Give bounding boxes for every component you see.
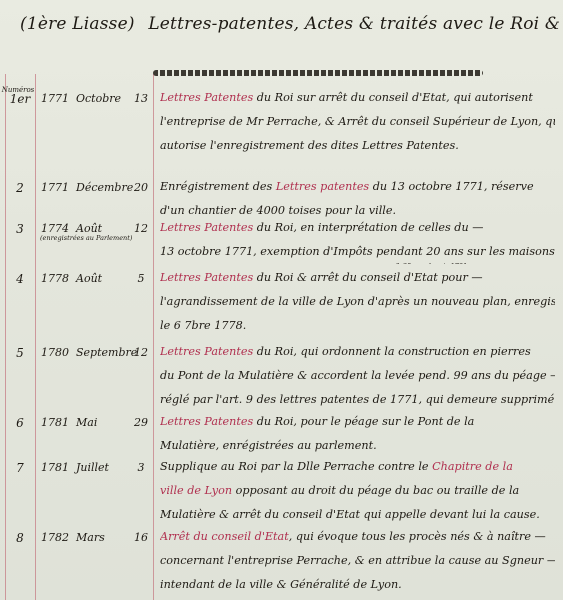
line-text: intendant de la ville & Généralité de Ly… [160,578,402,591]
entry-line: concernant l'entreprise Perrache, & en a… [160,549,555,573]
entry-month-note: (enregistrées au Parlement) [40,234,132,242]
entry-number: 8 [8,531,32,545]
entry-day: 3 [131,461,151,474]
entry-number: 6 [8,416,32,430]
margin-rule-left [5,74,6,600]
entry-line: Enrégistrement des Lettres patentes du 1… [160,175,555,199]
line-text: du 13 octobre 1771, réserve [369,180,533,193]
entry-text: Lettres Patentes du Roi, en interprétati… [160,216,555,264]
date-column-rule [153,74,154,600]
entry-line: Supplique au Roi par la Dlle Perrache co… [160,455,555,479]
entry-line: autorise l'enregistrement des dites Lett… [160,134,555,158]
entry-year: 1782 [41,531,69,544]
register-page: (1ère Liasse) Lettres-patentes, Actes & … [0,0,563,600]
entry-month: Août [76,272,102,285]
entry-year: 1781 [41,461,69,474]
entry-line: Lettres Patentes du Roi, pour le péage s… [160,410,555,434]
entry-line: du Pont de la Mulatière & accordent la l… [160,364,555,388]
red-ink-heading: Lettres Patentes [160,415,253,428]
entry-text: Lettres Patentes du Roi & arrêt du conse… [160,266,555,338]
entry-month: Juillet [76,461,109,474]
entry-line: Mulatière & arrêt du conseil d'Etat qui … [160,503,555,527]
line-text: Supplique au Roi par la Dlle Perrache co… [160,460,432,473]
entry-text: Lettres Patentes du Roi, qui ordonnent l… [160,340,555,412]
entry-year: 1781 [41,416,69,429]
red-ink-heading: Lettres Patentes [160,91,253,104]
entry-line: Lettres Patentes du Roi & arrêt du conse… [160,266,555,290]
entry-line: Lettres Patentes du Roi sur arrêt du con… [160,86,555,110]
entry-year: 1778 [41,272,69,285]
red-ink-heading: Arrêt du conseil d'Etat [160,530,289,543]
entry-text: Lettres Patentes du Roi sur arrêt du con… [160,86,555,158]
entry-number: 2 [8,181,32,195]
title-flourish-divider [153,70,483,76]
liasse-reference: (1ère Liasse) [20,14,135,34]
line-text: opposant au droit du péage du bac ou tra… [232,484,519,497]
line-text: du Roi sur arrêt du conseil d'Etat, qui … [253,91,533,104]
entry-line: réglé par l'art. 9 des lettres patentes … [160,388,555,412]
entry-line: Lettres Patentes du Roi, en interprétati… [160,216,555,240]
entry-line: 13 octobre 1771, exemption d'Impôts pend… [160,240,555,264]
line-text: , qui évoque tous les procès nés & à naî… [289,530,546,543]
entry-line: l'entreprise de Mr Perrache, & Arrêt du … [160,110,555,134]
line-text: Mulatière, enrégistrées au parlement. [160,439,377,452]
line-text: du Roi, en interprétation de celles du — [253,221,483,234]
entry-day: 5 [131,272,151,285]
entry-day: 29 [131,416,151,429]
entry-day: 16 [131,531,151,544]
title-text: Lettres-patentes, Actes & traités avec l… [148,14,563,34]
line-text: Enrégistrement des [160,180,276,193]
red-ink-heading: Lettres Patentes [160,221,253,234]
numbers-column-rule [35,74,36,600]
entry-line: intendant de la ville & Généralité de Ly… [160,573,555,597]
entry-line: le 6 7bre 1778. [160,314,555,338]
entry-line: l'agrandissement de la ville de Lyon d'a… [160,290,555,314]
entry-number: 3 [8,222,32,236]
entry-number: 4 [8,272,32,286]
line-text: l'entreprise de Mr Perrache, & Arrêt du … [160,115,555,128]
entry-line: Lettres Patentes du Roi, qui ordonnent l… [160,340,555,364]
interlinear-note: & 25 ans depuis 1791. [395,254,469,264]
entry-text: Arrêt du conseil d'Etat, qui évoque tous… [160,525,555,597]
entry-year: 1780 [41,346,69,359]
line-text: du Pont de la Mulatière & accordent la l… [160,369,555,382]
entry-year: 1771 [41,92,69,105]
entry-number: 5 [8,346,32,360]
entry-month: Mai [76,416,97,429]
line-text: autorise l'enregistrement des dites Lett… [160,139,459,152]
entry-text: Supplique au Roi par la Dlle Perrache co… [160,455,555,527]
red-ink-heading: Chapitre de la [432,460,513,473]
entry-number: 7 [8,461,32,475]
entry-day: 12 [131,222,151,235]
entry-day: 20 [131,181,151,194]
entry-day: 12 [131,346,151,359]
entry-number: 1er [8,92,32,106]
red-ink-heading: Lettres patentes [276,180,369,193]
entry-day: 13 [131,92,151,105]
entry-line: ville de Lyon opposant au droit du péage… [160,479,555,503]
line-text: concernant l'entreprise Perrache, & en a… [160,554,555,567]
line-text: l'agrandissement de la ville de Lyon d'a… [160,295,555,308]
red-ink-heading: Lettres Patentes [160,345,253,358]
page-title: (1ère Liasse) Lettres-patentes, Actes & … [20,14,553,34]
red-ink-heading: Lettres Patentes [160,271,253,284]
entry-month: Décembre [76,181,133,194]
entry-month: Septembre [76,346,137,359]
entry-month: Octobre [76,92,121,105]
line-text: du Roi, qui ordonnent la construction en… [253,345,531,358]
entry-line: Arrêt du conseil d'Etat, qui évoque tous… [160,525,555,549]
line-text: 13 octobre 1771, exemption d'Impôts pend… [160,245,555,258]
line-text: du Roi & arrêt du conseil d'Etat pour — [253,271,482,284]
entry-year: 1771 [41,181,69,194]
line-text: réglé par l'art. 9 des lettres patentes … [160,393,555,406]
line-text: Mulatière & arrêt du conseil d'Etat qui … [160,508,540,521]
line-text: le 6 7bre 1778. [160,319,246,332]
entry-month: Mars [76,531,105,544]
red-ink-heading: ville de Lyon [160,484,232,497]
line-text: du Roi, pour le péage sur le Pont de la [253,415,474,428]
entry-text: Lettres Patentes du Roi, pour le péage s… [160,410,555,458]
